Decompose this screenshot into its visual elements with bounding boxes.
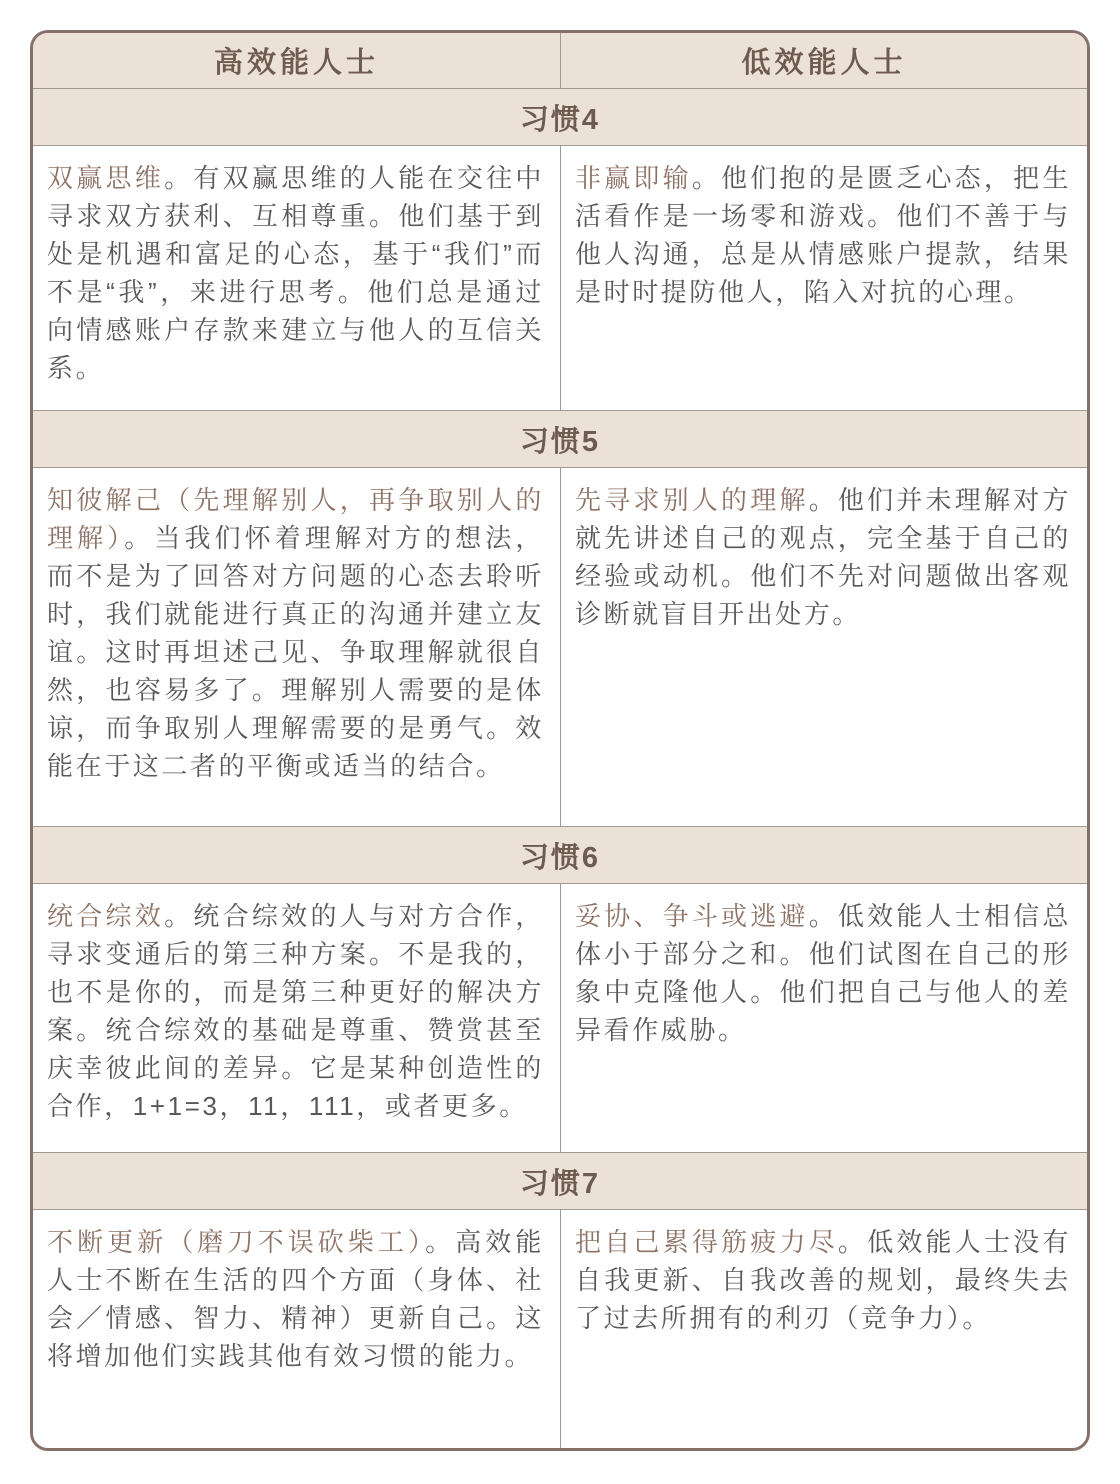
section-row-habit4: 双赢思维。有双赢思维的人能在交往中寻求双方获利、互相尊重。他们基于到处是机遇和富… <box>33 146 1087 410</box>
cell-habit4-effective: 双赢思维。有双赢思维的人能在交往中寻求双方获利、互相尊重。他们基于到处是机遇和富… <box>33 146 560 410</box>
section-title-habit5: 习惯5 <box>33 410 1087 468</box>
cell-lead-phrase: 双赢思维 <box>47 163 164 193</box>
cell-body-text: 。当我们怀着理解对方的想法，而不是为了回答对方问题的心态去聆听时，我们就能进行真… <box>47 523 544 781</box>
column-header-effective: 高效能人士 <box>33 33 560 88</box>
cell-habit5-ineffective: 先寻求别人的理解。他们并未理解对方就先讲述自己的观点，完全基于自己的经验或动机。… <box>560 468 1087 826</box>
section-title-habit6: 习惯6 <box>33 826 1087 884</box>
cell-habit6-effective: 统合综效。统合综效的人与对方合作，寻求变通后的第三种方案。不是我的，也不是你的，… <box>33 884 560 1152</box>
cell-body-text: 。有双赢思维的人能在交往中寻求双方获利、互相尊重。他们基于到处是机遇和富足的心态… <box>47 163 544 383</box>
section-title-habit7: 习惯7 <box>33 1152 1087 1210</box>
cell-lead-phrase: 非赢即输 <box>575 163 692 193</box>
section-row-habit6: 统合综效。统合综效的人与对方合作，寻求变通后的第三种方案。不是我的，也不是你的，… <box>33 884 1087 1152</box>
cell-habit5-effective: 知彼解己（先理解别人，再争取别人的理解）。当我们怀着理解对方的想法，而不是为了回… <box>33 468 560 826</box>
cell-lead-phrase: 统合综效 <box>47 901 164 931</box>
cell-habit7-effective: 不断更新（磨刀不误砍柴工）。高效能人士不断在生活的四个方面（身体、社会／情感、智… <box>33 1210 560 1448</box>
column-header-ineffective: 低效能人士 <box>560 33 1087 88</box>
section-row-habit5: 知彼解己（先理解别人，再争取别人的理解）。当我们怀着理解对方的想法，而不是为了回… <box>33 468 1087 826</box>
cell-lead-phrase: 把自己累得筋疲力尽 <box>575 1227 838 1257</box>
table-header-row: 高效能人士 低效能人士 <box>33 33 1087 88</box>
cell-habit6-ineffective: 妥协、争斗或逃避。低效能人士相信总体小于部分之和。他们试图在自己的形象中克隆他人… <box>560 884 1087 1152</box>
section-row-habit7: 不断更新（磨刀不误砍柴工）。高效能人士不断在生活的四个方面（身体、社会／情感、智… <box>33 1210 1087 1448</box>
cell-habit7-ineffective: 把自己累得筋疲力尽。低效能人士没有自我更新、自我改善的规划，最终失去了过去所拥有… <box>560 1210 1087 1448</box>
cell-lead-phrase: 不断更新（磨刀不误砍柴工） <box>47 1227 425 1257</box>
cell-habit4-ineffective: 非赢即输。他们抱的是匮乏心态，把生活看作是一场零和游戏。他们不善于与他人沟通，总… <box>560 146 1087 410</box>
section-title-habit4: 习惯4 <box>33 88 1087 146</box>
cell-lead-phrase: 妥协、争斗或逃避 <box>575 901 809 931</box>
cell-lead-phrase: 先寻求别人的理解 <box>575 485 809 515</box>
cell-body-text: 。统合综效的人与对方合作，寻求变通后的第三种方案。不是我的，也不是你的，而是第三… <box>47 901 544 1121</box>
comparison-table: 高效能人士 低效能人士 习惯4 双赢思维。有双赢思维的人能在交往中寻求双方获利、… <box>30 30 1090 1451</box>
